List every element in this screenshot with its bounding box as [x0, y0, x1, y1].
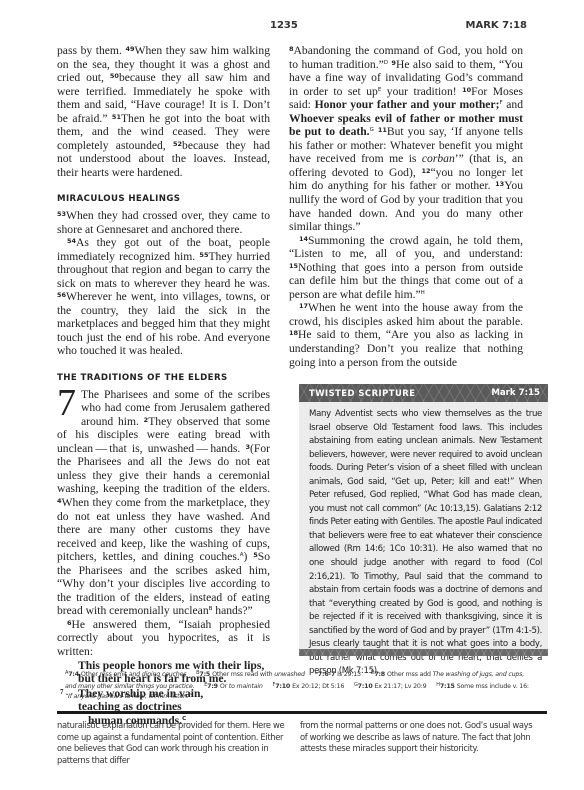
running-head: 1235 MARK 7:18 [0, 20, 584, 34]
quoted-scripture: Honor your father and your mother; [315, 98, 500, 111]
page-number: 1235 [270, 20, 298, 31]
verse-number: 5 [253, 551, 258, 559]
footnote-italic: and dining couches [129, 671, 187, 678]
footnote-italic: unwashed [274, 671, 305, 678]
bible-page: 1235 MARK 7:18 pass by them. 49When they… [0, 0, 584, 790]
section-divider [57, 711, 547, 714]
footnote: E7:9 Or to maintain [204, 683, 263, 690]
verse-number: 56 [57, 291, 66, 299]
footnote-reference: 7:5 [199, 671, 212, 678]
verse-number: 6 [67, 619, 72, 627]
chapter-reference: MARK 7:18 [466, 20, 528, 31]
verse-number: 15 [289, 262, 298, 270]
footnote-reference: 7:10 [358, 683, 375, 690]
verse-number: 14 [299, 235, 308, 243]
verse-number: 17 [299, 302, 308, 310]
verse-number: 9 [391, 59, 396, 67]
footnote-reference: 7:4 [68, 671, 81, 678]
verse-number: 54 [67, 237, 76, 245]
footnote-reference: 7:8 [374, 671, 387, 678]
chapter-number: 7 [57, 389, 76, 417]
verse-number: 49 [125, 45, 134, 53]
sidebar-reference: Mark 7:15 [491, 388, 540, 398]
verse-number: 13 [495, 180, 504, 188]
footnote-reference: 7:6-7 [318, 671, 337, 678]
footnote-marker: H [421, 290, 425, 296]
section-heading-traditions-of-elders: THE TRADITIONS OF THE ELDERS [57, 372, 270, 386]
paragraph: 17When he went into the house away from … [289, 301, 523, 369]
footnote-marker: E [378, 87, 381, 93]
sidebar-body: Many Adventist sects who view themselves… [309, 408, 542, 679]
footnote: G7:10 Ex 21:17; Lv 20:9 [354, 683, 427, 690]
twisted-scripture-sidebar: TWISTED SCRIPTURE Mark 7:15 Many Adventi… [299, 384, 548, 656]
verse-number: 4 [57, 497, 62, 505]
footnote: A7:4 Other mss omit and dining couches [65, 671, 186, 678]
commentary-right: from the normal patterns or one does not… [300, 720, 540, 755]
footnote-reference: 7:10 [275, 683, 292, 690]
paragraph: 7The Pharisees and some of the scribes w… [57, 388, 270, 618]
footnote-marker: D [384, 60, 388, 66]
sidebar-footer-pattern [299, 649, 548, 656]
verse-number: 55 [199, 251, 208, 259]
footnote-reference: 7:9 [207, 683, 220, 690]
quoted-scripture: Whoever speaks evil of father or mother … [289, 112, 523, 139]
verse-number: 51 [112, 113, 121, 121]
sidebar-header: TWISTED SCRIPTURE Mark 7:15 [299, 384, 548, 402]
paragraph: 53When they had crossed over, they came … [57, 209, 270, 236]
verse-number: 11 [378, 126, 387, 134]
right-text-column: 8Abandoning the command of God, you hold… [289, 44, 523, 369]
paragraph-text: The Pharisees and some of the scribes wh… [57, 388, 270, 618]
verse-number: 18 [289, 329, 298, 337]
verse-number: 10 [462, 86, 471, 94]
verse-number: 2 [144, 416, 149, 424]
paragraph: 6He answered them, “Isaiah prophesied co… [57, 618, 270, 659]
left-text-column: pass by them. 49When they saw him walkin… [57, 44, 270, 727]
footnote: F7:10 Ex 20:12; Dt 5:16 [273, 683, 345, 690]
paragraph: 54As they got out of the boat, people im… [57, 236, 270, 358]
italic-term: corban [422, 152, 455, 165]
verse-number: 3 [246, 443, 251, 451]
commentary-left: naturalistic explanation can be provided… [57, 720, 292, 766]
verse-number: 53 [57, 210, 66, 218]
footnote-italic: “If anyone has ears to hear, let him lis… [65, 693, 192, 700]
footnote-marker: G [370, 127, 374, 133]
footnote: C7:6-7 Is 29:13 [315, 671, 361, 678]
footnote-italic: to maintain [229, 683, 263, 690]
verse-number: 12 [421, 167, 430, 175]
verse-number: 8 [289, 45, 294, 53]
footnote-marker: F [499, 100, 502, 106]
footnote: B7:5 Other mss read with unwashed [196, 671, 305, 678]
verse-number: 50 [110, 72, 119, 80]
footnote-reference: 7:15 [440, 683, 457, 690]
section-heading-miraculous-healings: MIRACULOUS HEALINGS [57, 193, 270, 207]
paragraph: 14Summoning the crowd again, he told the… [289, 234, 523, 302]
footnote-marker: B [209, 606, 213, 612]
sidebar-title: TWISTED SCRIPTURE [309, 388, 415, 398]
paragraph: pass by them. 49When they saw him walkin… [57, 44, 270, 179]
paragraph: 8Abandoning the command of God, you hold… [289, 44, 523, 234]
footnote-marker: A [240, 552, 244, 558]
footnotes: A7:4 Other mss omit and dining couches B… [65, 668, 535, 702]
verse-number: 52 [173, 140, 182, 148]
